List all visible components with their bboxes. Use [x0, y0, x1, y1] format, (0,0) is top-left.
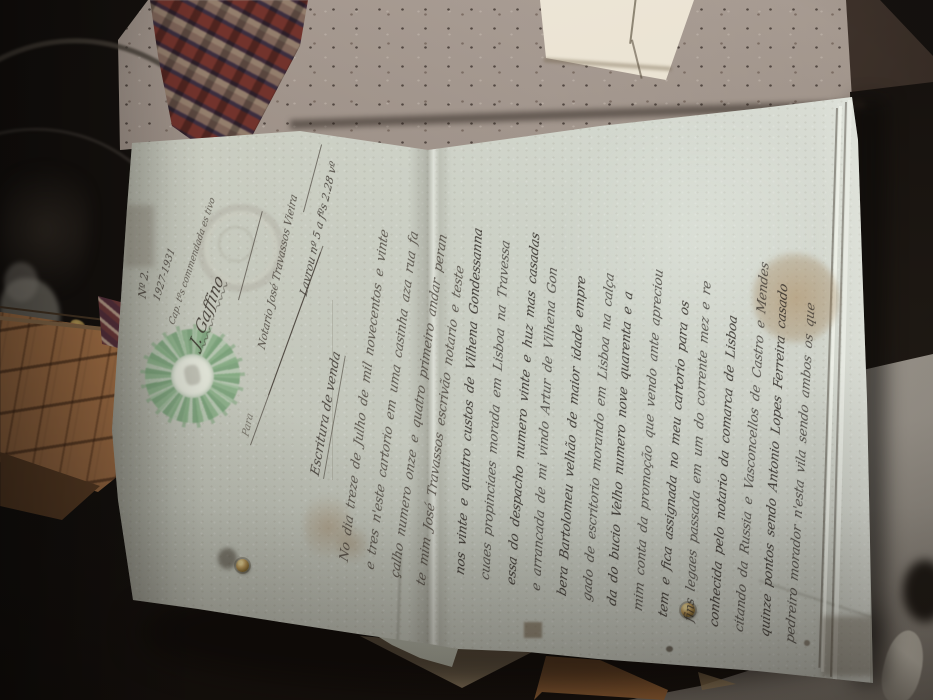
- brass-fastener: [236, 559, 249, 572]
- edge-dirt: [124, 205, 154, 267]
- deed-title: Escritura de venda: [308, 349, 346, 479]
- header-book-line: Lavrou nº 5 a fºs 2.28 vº: [297, 159, 340, 298]
- ink-spot: [524, 622, 542, 638]
- photo-scene: Nº 2. 1927-1931 Cap. tºs commendada es t…: [0, 0, 933, 700]
- corner-dirt: [822, 616, 874, 676]
- ink-spot: [666, 646, 673, 652]
- fastener-smudge: [218, 548, 237, 569]
- ink-spot: [804, 640, 810, 646]
